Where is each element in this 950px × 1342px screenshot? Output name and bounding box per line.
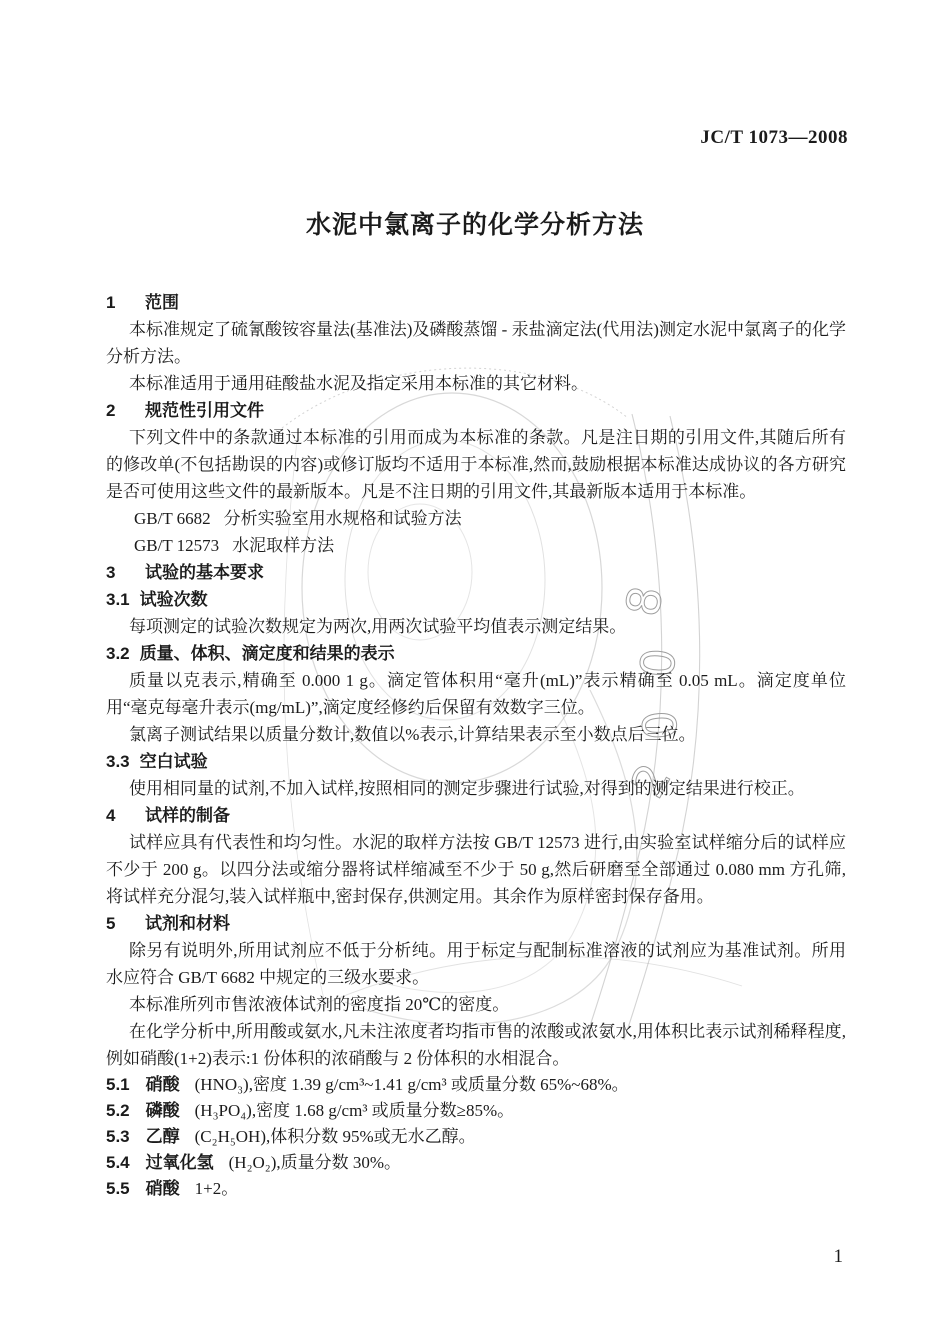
section-number: 2	[106, 397, 145, 424]
section-title: 范围	[145, 293, 179, 312]
section-number: 3.1	[106, 586, 130, 613]
page-number: 1	[834, 1246, 844, 1268]
paragraph-expression-2: 氯离子测试结果以质量分数计,数值以%表示,计算结果表示至小数点后三位。	[106, 721, 846, 748]
item-description: (C₂H₅OH),体积分数 95%或无水乙醇。	[195, 1127, 476, 1146]
section-title: 质量、体积、滴定度和结果的表示	[140, 644, 395, 663]
paragraph-reagents-3: 在化学分析中,所用酸或氨水,凡未注浓度者均指市售的浓酸或浓氨水,用体积比表示试剂…	[106, 1018, 846, 1072]
section-title: 试样的制备	[145, 806, 230, 825]
paragraph-reagents-1: 除另有说明外,所用试剂应不低于分析纯。用于标定与配制标准溶液的试剂应为基准试剂。…	[106, 937, 846, 991]
section-3-1-heading: 3.1试验次数	[106, 586, 846, 613]
standard-document-page: 8 0 0 2 JC/T 1073—2008 水泥中氯离子的化学分析方法 1范围…	[0, 0, 950, 1342]
reference-title: 分析实验室用水规格和试验方法	[224, 509, 462, 528]
item-name: 磷酸	[146, 1101, 180, 1120]
section-3-3-heading: 3.3空白试验	[106, 748, 846, 775]
reference-code: GB/T 6682	[134, 509, 211, 528]
item-description: (H₃PO₄),密度 1.68 g/cm³ 或质量分数≥85%。	[195, 1101, 515, 1120]
section-2-heading: 2规范性引用文件	[106, 397, 846, 424]
document-body: 1范围 本标准规定了硫氰酸铵容量法(基准法)及磷酸蒸馏 - 汞盐滴定法(代用法)…	[106, 289, 846, 1202]
reference-code: GB/T 12573	[134, 536, 219, 555]
paragraph-expression-1: 质量以克表示,精确至 0.000 1 g。滴定管体积用“毫升(mL)”表示精确至…	[106, 667, 846, 721]
paragraph-normative-references: 下列文件中的条款通过本标准的引用而成为本标准的条款。凡是注日期的引用文件,其随后…	[106, 424, 846, 505]
section-title: 试剂和材料	[145, 914, 230, 933]
section-title: 试验次数	[140, 590, 208, 609]
item-name: 硝酸	[146, 1179, 180, 1198]
paragraph-blank-test: 使用相同量的试剂,不加入试样,按照相同的测定步骤进行试验,对得到的测定结果进行校…	[106, 775, 846, 802]
section-number: 1	[106, 289, 145, 316]
item-description: 1+2。	[195, 1179, 239, 1198]
item-number: 5.2	[106, 1101, 130, 1120]
paragraph-scope-2: 本标准适用于通用硅酸盐水泥及指定采用本标准的其它材料。	[106, 370, 846, 397]
reagent-item-5-1: 5.1硝酸(HNO₃),密度 1.39 g/cm³~1.41 g/cm³ 或质量…	[106, 1072, 846, 1098]
document-title: 水泥中氯离子的化学分析方法	[0, 205, 950, 241]
item-number: 5.3	[106, 1127, 130, 1146]
section-number: 5	[106, 910, 145, 937]
reagent-item-5-3: 5.3乙醇(C₂H₅OH),体积分数 95%或无水乙醇。	[106, 1124, 846, 1150]
section-number: 3.3	[106, 748, 130, 775]
item-number: 5.1	[106, 1075, 130, 1094]
paragraph-test-times: 每项测定的试验次数规定为两次,用两次试验平均值表示测定结果。	[106, 613, 846, 640]
section-1-heading: 1范围	[106, 289, 846, 316]
section-number: 3.2	[106, 640, 130, 667]
section-3-2-heading: 3.2质量、体积、滴定度和结果的表示	[106, 640, 846, 667]
reagent-item-5-4: 5.4过氧化氢(H₂O₂),质量分数 30%。	[106, 1150, 846, 1176]
item-name: 硝酸	[146, 1075, 180, 1094]
section-3-heading: 3试验的基本要求	[106, 559, 846, 586]
section-title: 空白试验	[140, 752, 208, 771]
reference-item: GB/T 6682分析实验室用水规格和试验方法	[106, 505, 846, 532]
reagent-item-5-2: 5.2磷酸(H₃PO₄),密度 1.68 g/cm³ 或质量分数≥85%。	[106, 1098, 846, 1124]
reagent-item-5-5: 5.5硝酸1+2。	[106, 1176, 846, 1202]
section-title: 试验的基本要求	[145, 563, 264, 582]
section-number: 3	[106, 559, 145, 586]
reference-item: GB/T 12573水泥取样方法	[106, 532, 846, 559]
standard-code: JC/T 1073—2008	[700, 127, 848, 149]
paragraph-scope-1: 本标准规定了硫氰酸铵容量法(基准法)及磷酸蒸馏 - 汞盐滴定法(代用法)测定水泥…	[106, 316, 846, 370]
item-number: 5.5	[106, 1179, 130, 1198]
item-description: (H₂O₂),质量分数 30%。	[229, 1153, 401, 1172]
item-number: 5.4	[106, 1153, 130, 1172]
item-name: 乙醇	[146, 1127, 180, 1146]
reference-title: 水泥取样方法	[232, 536, 334, 555]
paragraph-reagents-2: 本标准所列市售浓液体试剂的密度指 20℃的密度。	[106, 991, 846, 1018]
section-title: 规范性引用文件	[145, 401, 264, 420]
section-4-heading: 4试样的制备	[106, 802, 846, 829]
section-number: 4	[106, 802, 145, 829]
paragraph-sample-preparation: 试样应具有代表性和均匀性。水泥的取样方法按 GB/T 12573 进行,由实验室…	[106, 829, 846, 910]
item-name: 过氧化氢	[146, 1153, 214, 1172]
item-description: (HNO₃),密度 1.39 g/cm³~1.41 g/cm³ 或质量分数 65…	[195, 1075, 629, 1094]
section-5-heading: 5试剂和材料	[106, 910, 846, 937]
reagent-list: 5.1硝酸(HNO₃),密度 1.39 g/cm³~1.41 g/cm³ 或质量…	[106, 1072, 846, 1202]
